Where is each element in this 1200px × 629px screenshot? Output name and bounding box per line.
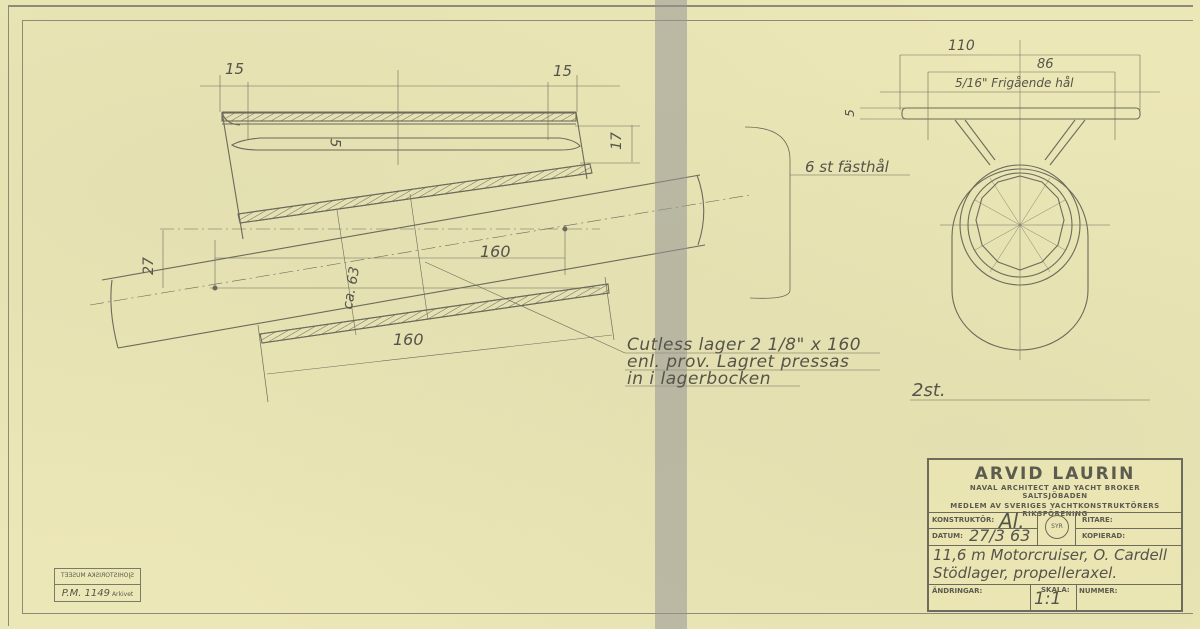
drawing-title-line-2: Stödlager, propelleraxel. — [933, 564, 1117, 582]
label-kopierad: KOPIERAD: — [1082, 532, 1125, 540]
label-ritare: RITARE: — [1082, 516, 1113, 524]
title-block: ARVID LAURIN NAVAL ARCHITECT AND YACHT B… — [927, 458, 1183, 612]
stamp-archive-number: P.M. 1149 — [62, 588, 110, 599]
bearing-bracket-front-view — [860, 40, 1160, 400]
dim-bearing-length: 160 — [393, 330, 424, 349]
company-subtitle: NAVAL ARCHITECT AND YACHT BROKER — [929, 484, 1181, 492]
fastening-holes-note: 6 st fästhål — [805, 158, 889, 176]
archive-stamp: SJÖHISTORISKA MUSEET P.M. 1149 Arkivet — [54, 568, 141, 602]
label-nummer: NUMMER: — [1079, 587, 1117, 595]
scan-fold-stripe — [655, 0, 687, 629]
bearing-note-line-3: in i lagerbocken — [627, 369, 771, 389]
value-skala: 1:1 — [1034, 589, 1061, 609]
dim-web-thickness: 5 — [326, 139, 342, 148]
dim-top-left-flange: 15 — [225, 60, 244, 78]
dim-top-right-flange: 15 — [553, 62, 572, 80]
hole-note: 5/16" Frigående hål — [955, 76, 1074, 90]
company-name: ARVID LAURIN — [929, 464, 1181, 484]
dim-overall-width: 110 — [948, 38, 975, 54]
dim-shaft-diameter: 27 — [141, 257, 157, 275]
company-seal: SYR — [1045, 515, 1069, 539]
label-datum: DATUM: — [932, 532, 963, 540]
label-andringar: ÄNDRINGAR: — [932, 587, 982, 595]
value-datum: 27/3 63 — [969, 526, 1030, 545]
dim-flange-height: 17 — [609, 132, 625, 150]
quantity-label: 2st. — [912, 380, 946, 401]
dim-hole-spacing: 86 — [1037, 57, 1054, 72]
drawing-title-line-1: 11,6 m Motorcruiser, O. Cardell — [933, 546, 1167, 564]
dim-plate-thickness: 5 — [843, 109, 857, 117]
label-konstruktor: KONSTRUKTÖR: — [932, 516, 994, 524]
company-location: SALTSJÖBADEN — [929, 492, 1181, 500]
stamp-museum: SJÖHISTORISKA MUSEET — [55, 572, 140, 579]
dim-centre-distance: 160 — [480, 242, 511, 261]
stamp-archive-label: Arkivet — [112, 591, 133, 598]
